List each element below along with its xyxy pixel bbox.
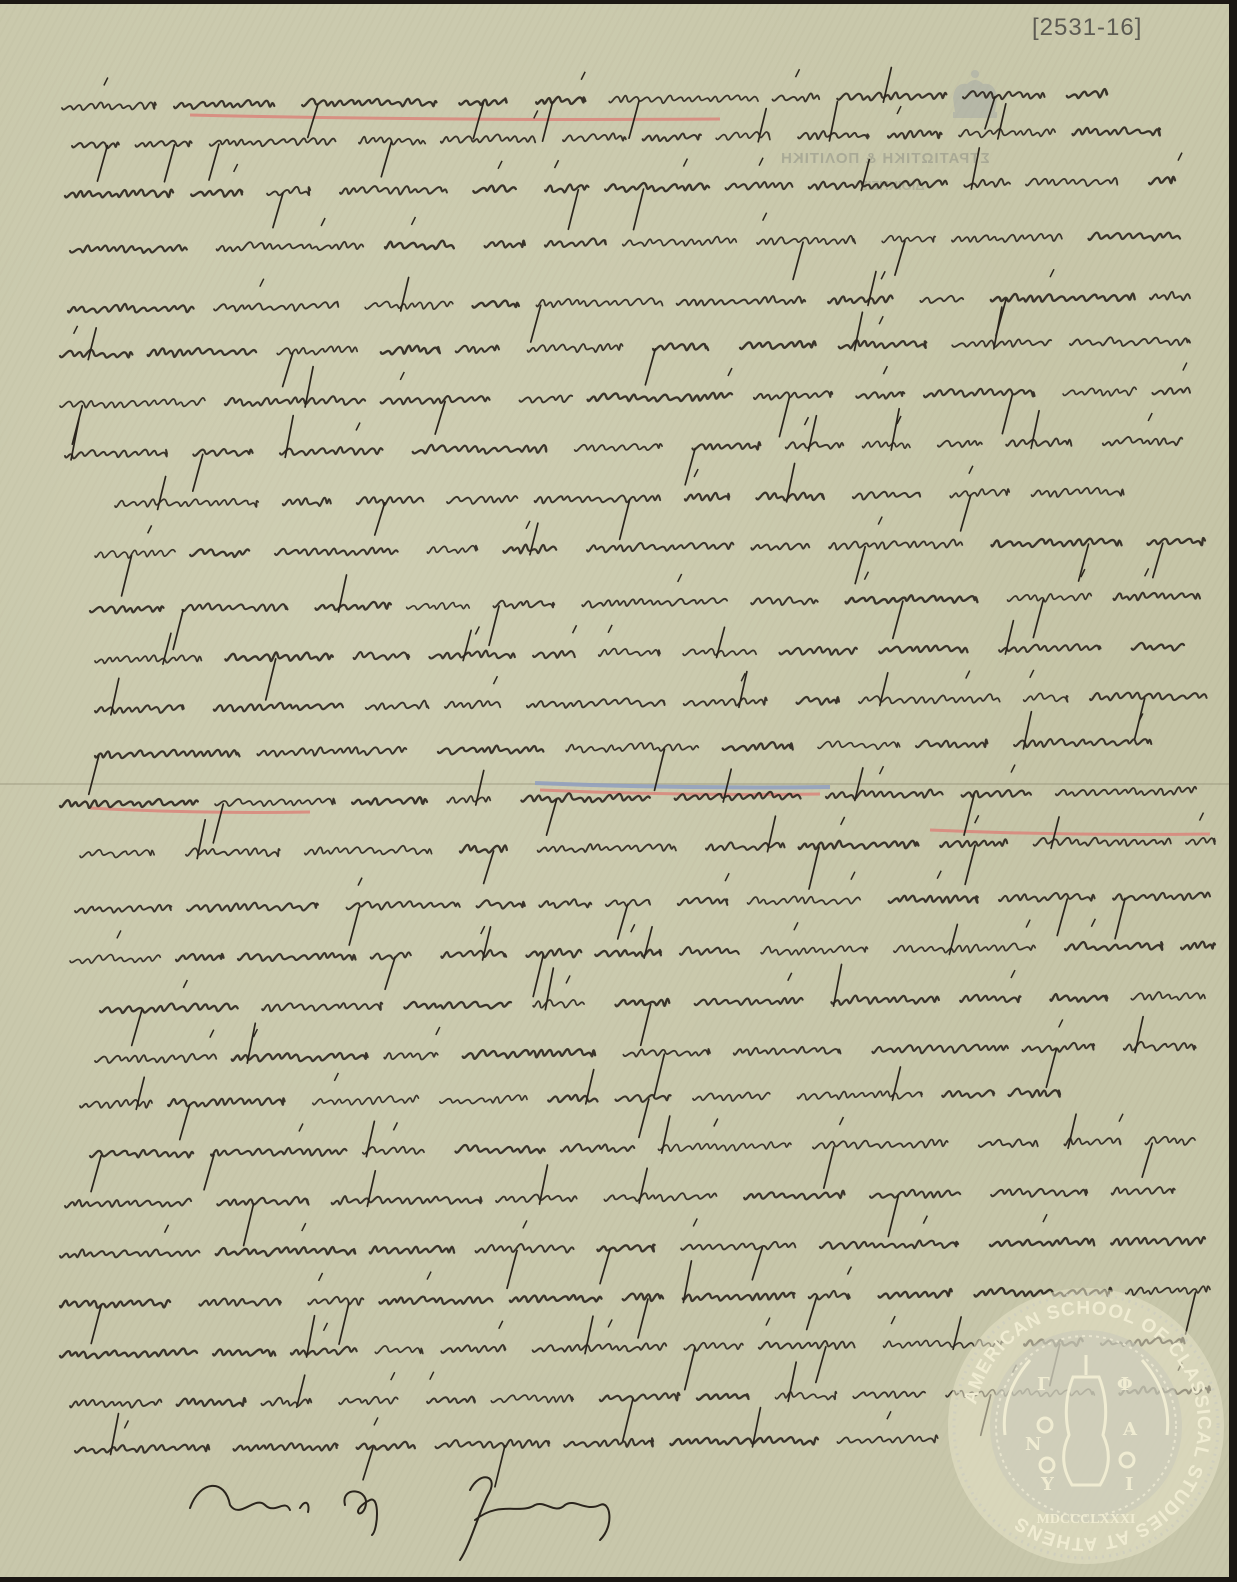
handwritten-line: [90, 568, 1200, 649]
handwritten-line: [95, 670, 1207, 739]
svg-text:Ν: Ν: [1025, 1434, 1041, 1455]
svg-text:Α: Α: [1122, 1419, 1138, 1440]
scan-edge-bottom: [0, 1577, 1237, 1582]
handwritten-line: [60, 765, 1196, 843]
scan-edge-right: [1229, 0, 1237, 1582]
red-pencil-underline: [540, 790, 820, 795]
red-pencil-underline: [930, 830, 1210, 835]
svg-text:Φ: Φ: [1117, 1374, 1133, 1395]
closing-and-signature-ink: [190, 1477, 609, 1560]
handwritten-line: [95, 517, 1205, 596]
handwritten-line: [60, 1214, 1205, 1288]
svg-text:Ι: Ι: [1125, 1474, 1133, 1495]
library-seal-watermark-icon: AMERICAN SCHOOL OF CLASSICAL STUDIES AT …: [945, 1285, 1227, 1567]
svg-text:Υ: Υ: [1040, 1474, 1055, 1495]
handwritten-line: [70, 213, 1180, 280]
handwritten-line: [65, 148, 1182, 230]
handwritten-line: [75, 871, 1210, 945]
handwritten-line: [75, 1408, 938, 1487]
blue-pencil-underline: [535, 783, 830, 788]
handwritten-line: [100, 964, 1205, 1045]
handwritten-line: [60, 363, 1190, 445]
handwritten-line: [115, 463, 1124, 539]
red-pencil-underline: [190, 115, 720, 120]
svg-text:MDCCCLXXXI: MDCCCLXXXI: [1037, 1512, 1136, 1527]
handwritten-line: [80, 1067, 1060, 1140]
svg-text:Γ: Γ: [1037, 1374, 1050, 1395]
handwritten-line: [68, 269, 1237, 342]
handwritten-line: [62, 68, 1107, 142]
handwritten-line: [95, 621, 1184, 700]
handwritten-line: [70, 919, 1215, 997]
handwritten-line: [65, 409, 1182, 491]
handwritten-line: [60, 307, 1190, 386]
red-pencil-underline: [90, 808, 310, 813]
handwritten-line: [89, 712, 1152, 795]
handwritten-line: [80, 813, 1215, 889]
handwritten-line: [65, 1165, 1175, 1245]
